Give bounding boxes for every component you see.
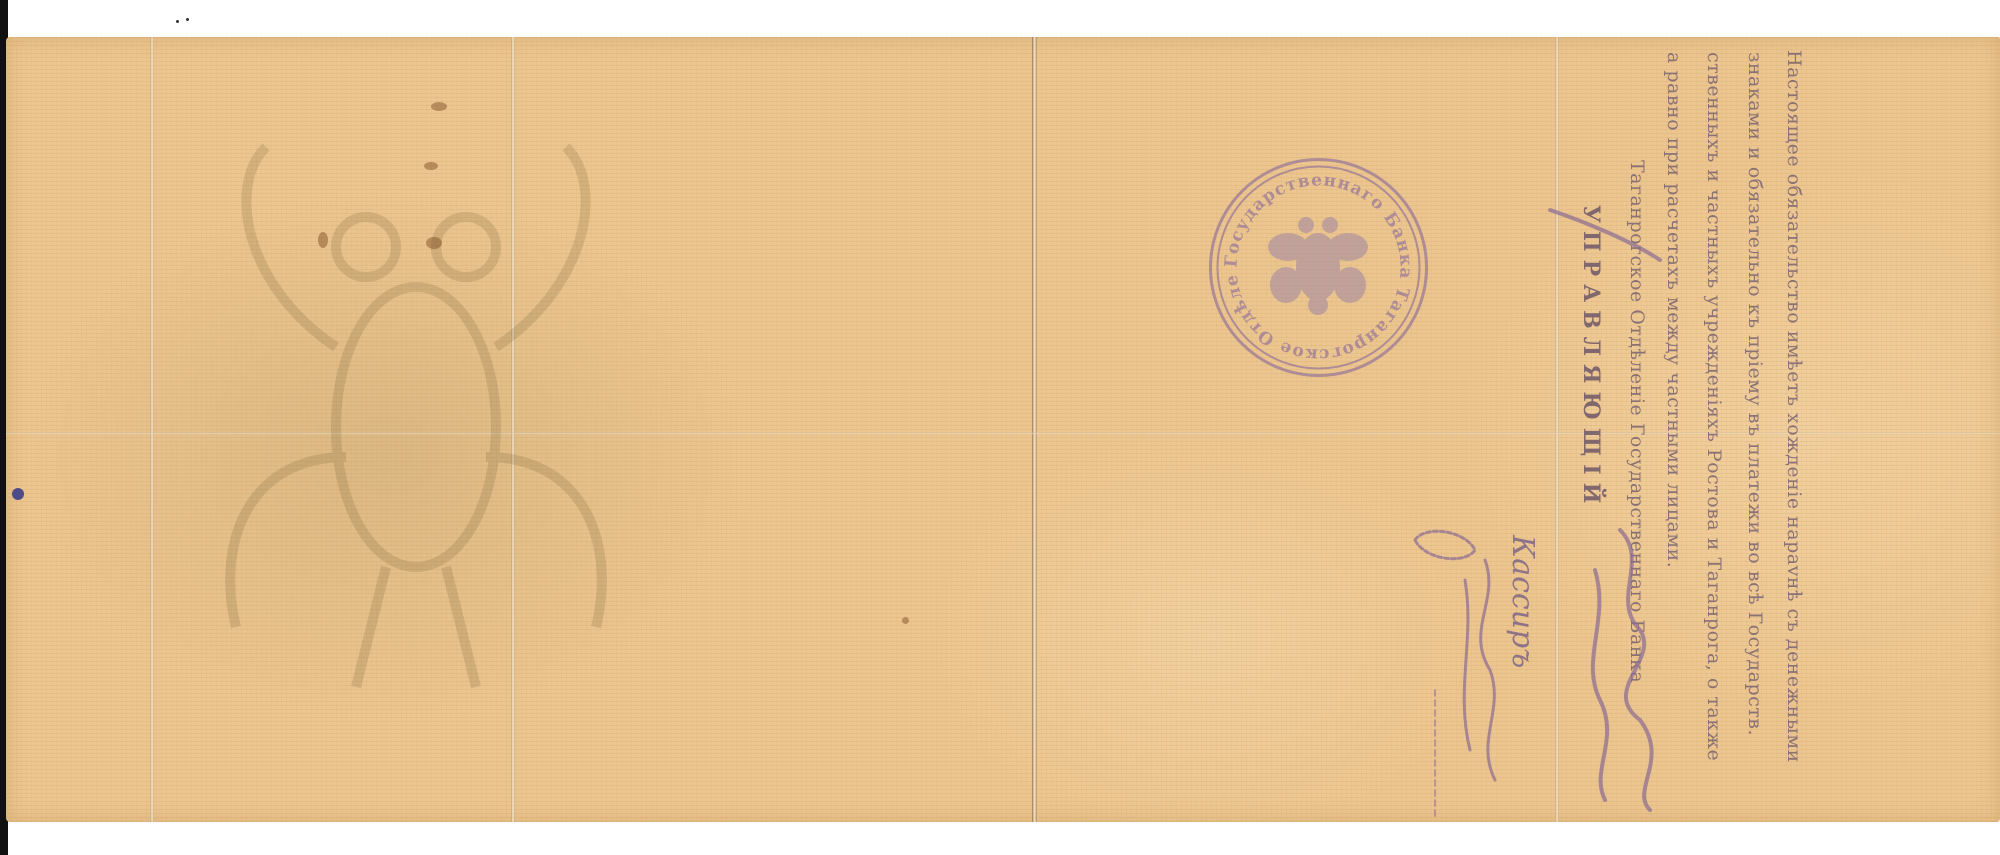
- printed-text-line-1: Настоящее обязательство имѣетъ хожденіе …: [1783, 50, 1805, 763]
- fold-line: [150, 37, 154, 822]
- banknote-paper: [6, 37, 2000, 822]
- fold-line: [1032, 37, 1037, 822]
- dust-specks: [176, 18, 196, 26]
- stain: [424, 162, 438, 170]
- stain: [318, 232, 328, 248]
- printed-text-line-2: знаками и обязательно къ пріему въ плате…: [1744, 52, 1766, 736]
- stain: [431, 102, 447, 111]
- ink-mark: [12, 488, 24, 500]
- bank-stamp-icon: Государственнаго Банка Таганрогское Отдѣ…: [1206, 155, 1431, 380]
- document-scan: Государственнаго Банка Таганрогское Отдѣ…: [0, 0, 2000, 855]
- eagle-watermark-icon: [206, 127, 626, 727]
- printed-text-line-3: ственныхъ и частныхъ учрежденіяхъ Ростов…: [1703, 52, 1725, 761]
- eagle-emblem-icon: [1268, 217, 1368, 315]
- stain: [902, 617, 909, 624]
- cashier-signature-icon: [1405, 520, 1515, 820]
- stain: [426, 237, 442, 249]
- manager-signature-icon: [1540, 200, 1670, 820]
